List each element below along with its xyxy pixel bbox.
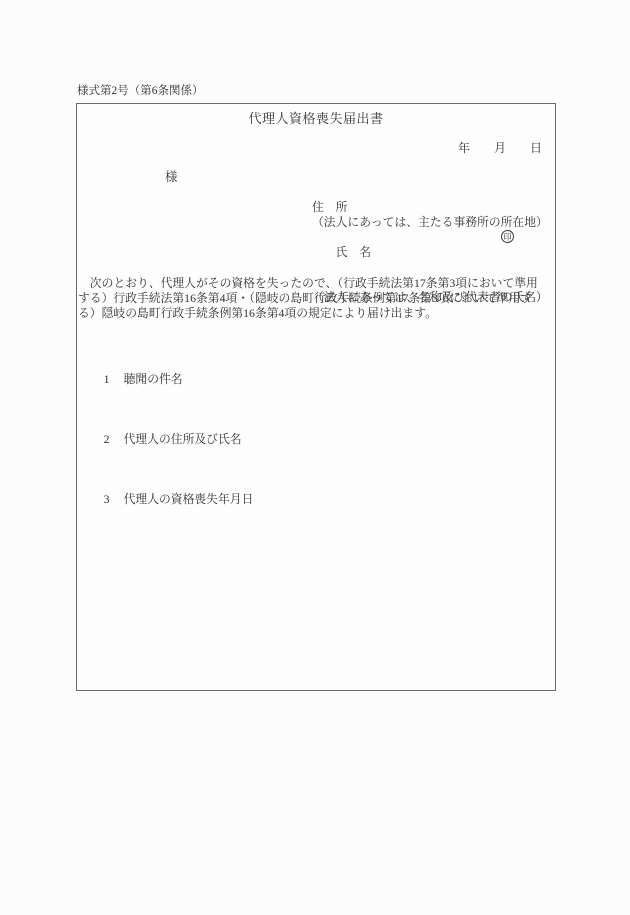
item-label: 代理人の住所及び氏名 [124,432,242,446]
body-paragraph: 次のとおり、代理人がその資格を失ったので、（行政手続法第17条第3項において準用… [78,276,556,321]
list-item: 1聴聞の件名 [80,357,253,402]
document-page: 様式第2号（第6条関係） 代理人資格喪失届出書 年 月 日 様 住 所 （法人に… [0,0,630,915]
addressee-label: 様 [165,167,178,185]
item-number: 3 [104,492,124,507]
list-item: 3代理人の資格喪失年月日 [80,477,253,522]
item-number: 2 [104,432,124,447]
item-number: 1 [104,372,124,387]
address-field-label: 住 所 [312,200,548,215]
item-label: 代理人の資格喪失年月日 [124,492,254,506]
body-paragraph-line: る）隠岐の島町行政手続条例第16条第4項の規定により届け出ます。 [78,306,556,321]
item-label: 聴聞の件名 [124,372,183,386]
name-field-label: 氏 名 [336,245,371,259]
list-item: 2代理人の住所及び氏名 [80,417,253,462]
document-title: 代理人資格喪失届出書 [77,108,555,127]
address-field-note: （法人にあっては、主たる事務所の所在地） [312,215,548,230]
body-paragraph-line: する）行政手続法第16条第4項・（隠岐の島町行政手続条例第17条第3項において準… [78,291,556,306]
body-paragraph-line: 次のとおり、代理人がその資格を失ったので、（行政手続法第17条第3項において準用 [78,276,556,291]
document-border-box: 代理人資格喪失届出書 年 月 日 様 住 所 （法人にあっては、主たる事務所の所… [76,103,556,691]
item-list: 1聴聞の件名 2代理人の住所及び氏名 3代理人の資格喪失年月日 [80,357,253,537]
date-line: 年 月 日 [458,139,542,156]
form-number-label: 様式第2号（第6条関係） [77,84,204,98]
seal-mark-icon: 印 [501,230,514,243]
